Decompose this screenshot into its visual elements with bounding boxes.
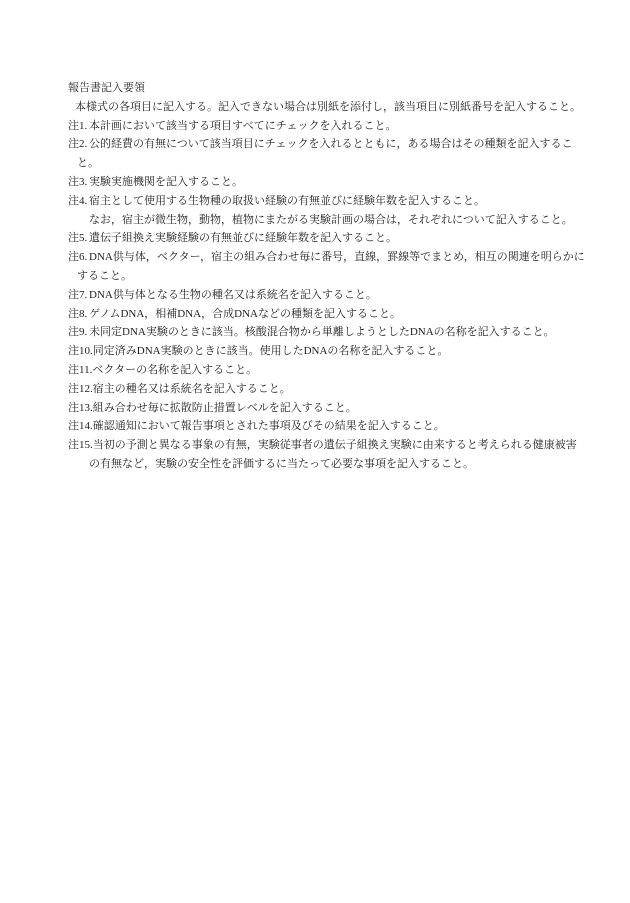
note-line: 注1.本計画において該当する項目すべてにチェックを入れること。	[68, 117, 610, 136]
note-number: 注10.	[68, 342, 93, 361]
note-number: 注9.	[68, 323, 89, 342]
note-line: 注9.未同定DNA実験のときに該当。核酸混合物から単離しようとしたDNAの名称を…	[68, 323, 610, 342]
note-line: 注11.ベクターの名称を記入すること。	[68, 361, 610, 380]
line-text: 確認通知において報告事項とされた事項及びその結果を記入すること。	[93, 420, 445, 432]
doc-title: 報告書記入要領	[68, 79, 610, 98]
note-line: 注6.DNA供与体，ベクター，宿主の組み合わせ毎に番号，直線，罫線等でまとめ，相…	[68, 248, 610, 267]
note-number: 注8.	[68, 305, 89, 324]
line-text: ベクターの名称を記入すること。	[92, 364, 257, 376]
note-number: 注14.	[68, 417, 93, 436]
intro-paragraph: 本様式の各項目に記入する。記入できない場合は別紙を添付し，該当項目に別紙番号を記…	[68, 98, 610, 117]
line-text: DNA供与体，ベクター，宿主の組み合わせ毎に番号，直線，罫線等でまとめ，相互の関…	[89, 251, 585, 263]
note-number: 注13.	[68, 399, 93, 418]
note-line: 注13.組み合わせ毎に拡散防止措置レベルを記入すること。	[68, 399, 610, 418]
note-number: 注15.	[68, 436, 93, 455]
note-continuation-line: すること。	[68, 267, 610, 286]
line-text: 本計画において該当する項目すべてにチェックを入れること。	[89, 120, 396, 132]
line-text: 宿主として使用する生物種の取扱い経験の有無並びに経験年数を記入すること。	[89, 195, 485, 207]
note-line: 注4.宿主として使用する生物種の取扱い経験の有無並びに経験年数を記入すること。	[68, 192, 610, 211]
line-text: 報告書記入要領	[68, 82, 145, 94]
note-line: 注3.実験実施機関を記入すること。	[68, 173, 610, 192]
note-number: 注7.	[68, 286, 89, 305]
line-text: 実験実施機関を記入すること。	[89, 176, 243, 188]
note-continuation-line: の有無など，実験の安全性を評価するに当たって必要な事項を記入すること。	[68, 455, 610, 474]
line-text: 公的経費の有無について該当項目にチェックを入れるとともに，ある場合はその種類を記…	[89, 138, 572, 150]
line-text: 当初の予測と異なる事象の有無，実験従事者の遺伝子組換え実験に由来すると考えられる…	[93, 439, 577, 451]
note-number: 注3.	[68, 173, 89, 192]
note-number: 注2.	[68, 135, 89, 154]
note-line: 注8.ゲノムDNA，相補DNA，合成DNAなどの種類を記入すること。	[68, 305, 610, 324]
line-text: すること。	[77, 270, 132, 282]
line-text: 組み合わせ毎に拡散防止措置レベルを記入すること。	[93, 402, 357, 414]
note-line: 注7.DNA供与体となる生物の種名又は系統名を記入すること。	[68, 286, 610, 305]
line-text: 未同定DNA実験のときに該当。核酸混合物から単離しようとしたDNAの名称を記入す…	[89, 326, 555, 338]
line-text: なお，宿主が微生物，動物，植物にまたがる実験計画の場合は，それぞれについて記入す…	[89, 214, 573, 226]
note-number: 注12.	[68, 380, 93, 399]
line-text: の有無など，実験の安全性を評価するに当たって必要な事項を記入すること。	[89, 458, 474, 470]
note-number: 注1.	[68, 117, 89, 136]
line-text: と。	[77, 157, 99, 169]
note-line: 注2.公的経費の有無について該当項目にチェックを入れるとともに，ある場合はその種…	[68, 135, 610, 154]
note-continuation-line: と。	[68, 154, 610, 173]
note-continuation-line: なお，宿主が微生物，動物，植物にまたがる実験計画の場合は，それぞれについて記入す…	[68, 211, 610, 230]
note-line: 注10.同定済みDNA実験のときに該当。使用したDNAの名称を記入すること。	[68, 342, 610, 361]
line-text: 本様式の各項目に記入する。記入できない場合は別紙を添付し，該当項目に別紙番号を記…	[75, 101, 581, 113]
line-text: 宿主の種名又は系統名を記入すること。	[93, 383, 291, 395]
note-number: 注11.	[68, 361, 92, 380]
line-text: 遺伝子組換え実験経験の有無並びに経験年数を記入すること。	[89, 232, 397, 244]
note-line: 注14.確認通知において報告事項とされた事項及びその結果を記入すること。	[68, 417, 610, 436]
note-line: 注12.宿主の種名又は系統名を記入すること。	[68, 380, 610, 399]
line-text: DNA供与体となる生物の種名又は系統名を記入すること。	[89, 289, 377, 301]
note-number: 注6.	[68, 248, 89, 267]
note-line: 注15.当初の予測と異なる事象の有無，実験従事者の遺伝子組換え実験に由来すると考…	[68, 436, 610, 455]
document-page: 報告書記入要領本様式の各項目に記入する。記入できない場合は別紙を添付し，該当項目…	[0, 0, 630, 903]
instructions-block: 報告書記入要領本様式の各項目に記入する。記入できない場合は別紙を添付し，該当項目…	[68, 79, 610, 474]
note-number: 注4.	[68, 192, 89, 211]
line-text: ゲノムDNA，相補DNA，合成DNAなどの種類を記入すること。	[89, 308, 401, 320]
note-line: 注5.遺伝子組換え実験経験の有無並びに経験年数を記入すること。	[68, 229, 610, 248]
line-text: 同定済みDNA実験のときに該当。使用したDNAの名称を記入すること。	[93, 345, 449, 357]
note-number: 注5.	[68, 229, 89, 248]
